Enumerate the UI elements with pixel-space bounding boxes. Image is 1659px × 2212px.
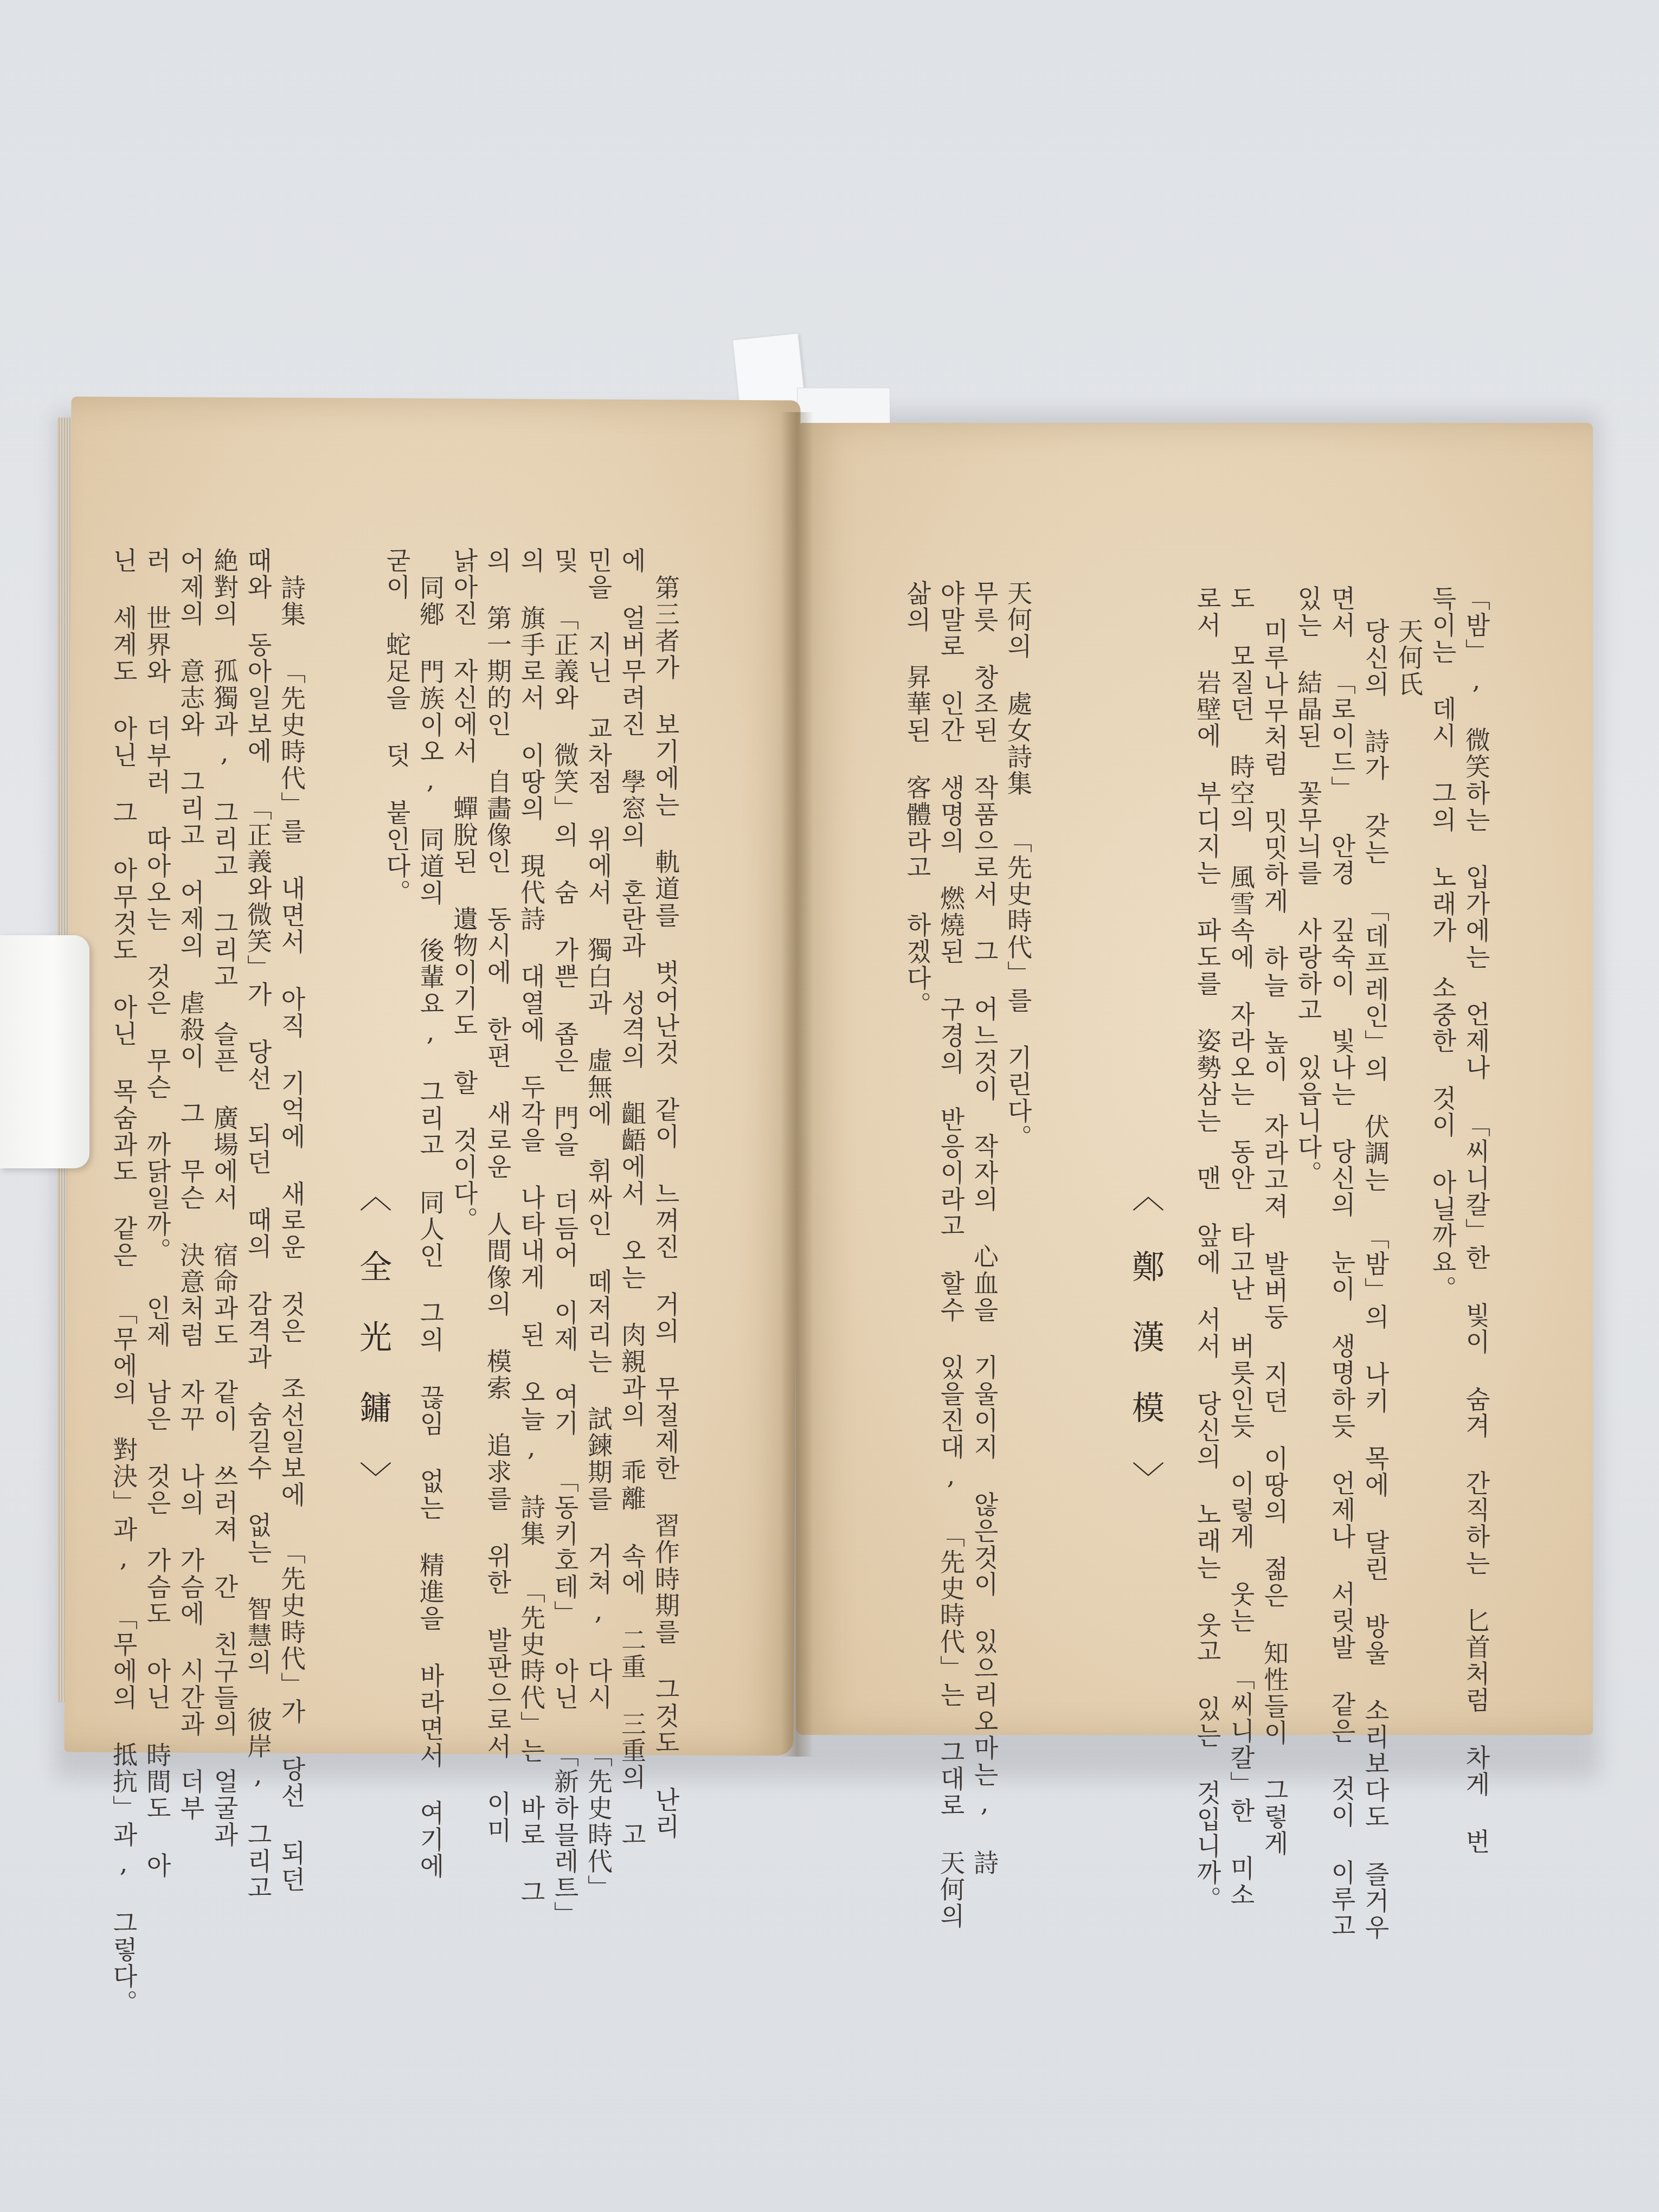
text-column: 야말로 인간 생명의 燃燒된 구경의 반응이라고 할수 있을진대, 「先史時代」… bbox=[938, 580, 963, 1930]
text-column: 삶의 昇華된 客體라고 하겠다。 bbox=[905, 580, 930, 1018]
book-gutter bbox=[781, 412, 813, 1757]
signature-left-page: 〈全光鏞〉 bbox=[350, 1179, 396, 1532]
text-column: 天何의 處女詩集 「先史時代」를 기린다。 bbox=[1006, 580, 1031, 1151]
text-column: 굳이 蛇足을 덧 붙인다。 bbox=[384, 548, 409, 906]
text-column: 도 모질던 時空의 風雪속에 자라오는 동안 타고난 버릇인듯 이렇게 웃는 「… bbox=[1229, 586, 1253, 1908]
signature-right-page: 〈鄭漢模〉 bbox=[1122, 1179, 1169, 1532]
text-column: 에 얼버무려진 學窓의 혼란과 성격의 齟齬에서 오는 肉親과의 乖離 속에 二… bbox=[620, 548, 645, 1848]
text-column: 낡아진 자신에서 蟬脫된 遺物이기도 할 것이다。 bbox=[452, 548, 477, 1233]
photo-scene: 「밤」, 微笑하는 입가에는 언제나 「씨니칼」한 빛이 숨겨 간직하는 匕首처… bbox=[0, 0, 1659, 2212]
text-column: 天何氏 bbox=[1397, 618, 1422, 698]
text-column: 러 世界와 더부러 따아오는 것은 무슨 까닭일까。 인제 남은 것은 가슴도 … bbox=[145, 548, 170, 1879]
binder-clip bbox=[0, 935, 89, 1168]
text-column: 무릇 창조된 작품으로서 그 어느것이 작자의 心血을 기울이지 않은것이 있으… bbox=[972, 580, 997, 1876]
text-column: 의 旗手로서 이땅의 現代詩 대열에 두각을 나타내게 된 오늘, 詩集 「先史… bbox=[519, 548, 544, 1906]
text-column: 면서 「로이드」 안경 깊숙이 빛나는 당신의 눈이 생명하듯 언제나 서릿발 … bbox=[1329, 586, 1354, 1939]
text-column: 당신의 詩가 갖는 「데프레인」의 伏調는 「밤」의 나키 목에 달린 방울 소… bbox=[1363, 618, 1388, 1941]
text-column: 同鄕 門族이오, 同道의 後輩요, 그리고 同人인 그의 끊임 없는 精進을 바… bbox=[418, 575, 443, 1880]
text-column: 민을 지닌 교차점 위에서 獨白과 虛無에 휘싸인 떼저리는 試鍊期를 거쳐, … bbox=[586, 548, 611, 1901]
text-column: 있는 結晶된 꽃무늬를 사랑하고 있읍니다。 bbox=[1296, 586, 1321, 1187]
text-column: 어제의 意志와 그리고 어제의 虐殺이 그 무슨 決意처럼 자꾸 나의 가슴에 … bbox=[178, 548, 203, 1822]
text-column: 「밤」, 微笑하는 입가에는 언제나 「씨니칼」한 빛이 숨겨 간직하는 匕首처… bbox=[1464, 586, 1489, 1855]
text-column: 미루나무처럼 밋밋하게 하늘 높이 자라고져 발버둥 지던 이땅의 젊은 知性들… bbox=[1262, 618, 1287, 1857]
text-column: 絶對의 孤獨과, 그리고 그리고 슬픈 廣場에서 宿命과도 같이 쓰러져 간 친… bbox=[212, 548, 237, 1848]
text-column: 득이는 데시 그의 노래가 소중한 것이 아닐까요。 bbox=[1430, 586, 1455, 1302]
text-column: 의 第一期的인 自畵像인 동시에 한편 새로운 人間像의 模索 追求를 위한 발… bbox=[485, 548, 510, 1844]
text-column: 닌 세계도 아닌 그 아무것도 아닌 목숨과도 같은 「무에의 對決」과, 「무… bbox=[111, 548, 136, 2016]
text-column: 第三者가 보기에는 軌道를 벗어난것 같이 느껴진 거의 무절제한 習作時期를 … bbox=[653, 575, 678, 1840]
text-column: 때와 동아일보에 「正義와微笑」가 당선 되던 때의 감격과 숨길수 없는 智慧… bbox=[246, 548, 271, 1901]
text-column: 로서 岩壁에 부디지는 파도를 姿勢삼는 맨 앞에 서서 당신의 노래는 웃고 … bbox=[1195, 586, 1220, 1913]
text-column: 및 「正義와 微笑」의 숨 가쁜 좁은 門을 더듬어 이제 여기 「동키호테」 … bbox=[552, 548, 577, 1928]
text-column: 詩集 「先史時代」를 내면서 아직 기억에 새로운 것은 조선일보에 「先史時代… bbox=[279, 575, 304, 1893]
